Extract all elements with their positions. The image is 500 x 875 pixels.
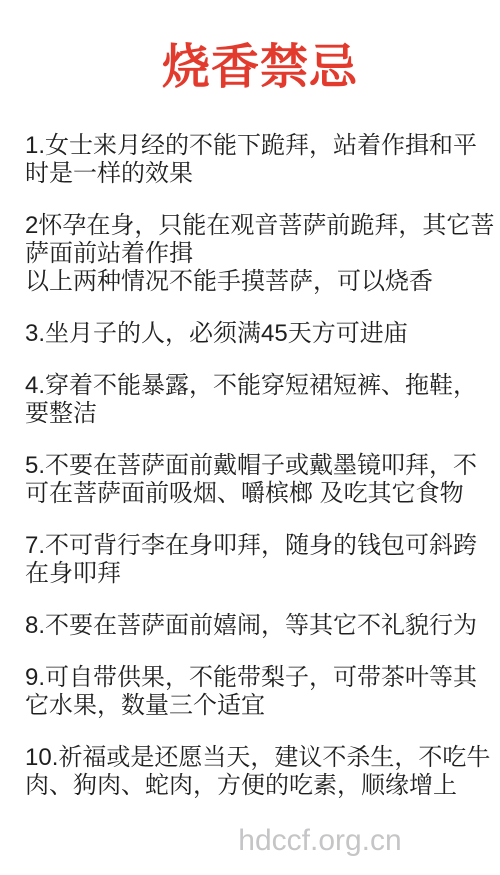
taboo-item-2: 2怀孕在身，只能在观音菩萨前跪拜，其它菩萨面前站着作揖 以上两种情况不能手摸菩萨… bbox=[25, 212, 495, 296]
taboo-item-8: 8.不要在菩萨面前嬉闹，等其它不礼貌行为 bbox=[25, 612, 495, 640]
taboo-item-3: 3.坐月子的人，必须满45天方可进庙 bbox=[25, 320, 495, 348]
page-title: 烧香禁忌 bbox=[25, 40, 495, 96]
taboo-item-7: 7.不可背行李在身叩拜，随身的钱包可斜跨在身叩拜 bbox=[25, 532, 495, 588]
taboo-poster: 烧香禁忌 1.女士来月经的不能下跪拜，站着作揖和平时是一样的效果 2怀孕在身，只… bbox=[0, 0, 500, 875]
taboo-item-10: 10.祈福或是还愿当天，建议不杀生，不吃牛肉、狗肉、蛇肉，方便的吃素，顺缘增上 bbox=[25, 744, 495, 800]
taboo-item-4: 4.穿着不能暴露，不能穿短裙短裤、拖鞋，要整洁 bbox=[25, 372, 495, 428]
taboo-list: 1.女士来月经的不能下跪拜，站着作揖和平时是一样的效果 2怀孕在身，只能在观音菩… bbox=[25, 132, 495, 800]
taboo-item-9: 9.可自带供果，不能带梨子，可带茶叶等其它水果，数量三个适宜 bbox=[25, 664, 495, 720]
watermark-url-text: hdccf.org.cn bbox=[85, 824, 500, 858]
taboo-item-5: 5.不要在菩萨面前戴帽子或戴墨镜叩拜，不可在菩萨面前吸烟、嚼槟榔 及吃其它食物 bbox=[25, 452, 495, 508]
taboo-item-1: 1.女士来月经的不能下跪拜，站着作揖和平时是一样的效果 bbox=[25, 132, 495, 188]
